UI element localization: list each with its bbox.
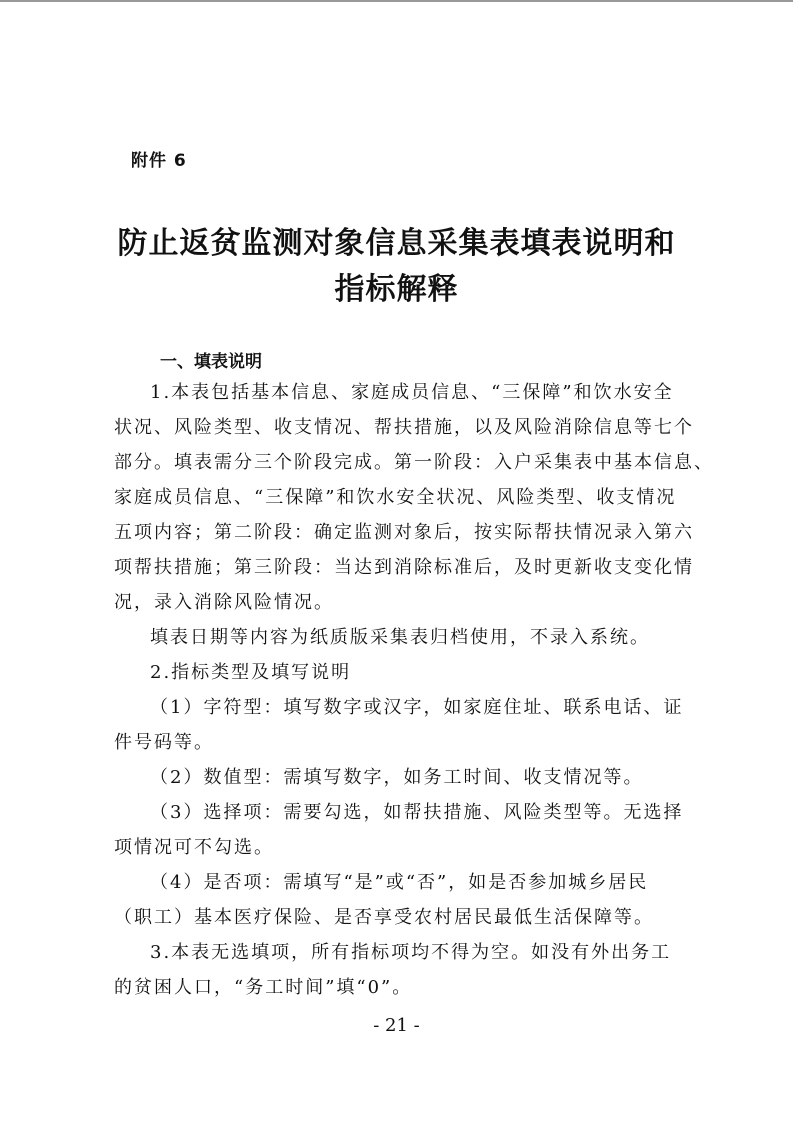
- paragraph-line: 3.本表无选填项，所有指标项均不得为空。如没有外出务工: [114, 935, 674, 970]
- paragraph-line: 部分。填表需分三个阶段完成。第一阶段：入户采集表中基本信息、: [114, 445, 674, 480]
- item-2-numeric-type: （2）数值型：需填写数字，如务工时间、收支情况等。: [114, 760, 674, 795]
- section-heading-fill-instructions: 一、填表说明: [160, 347, 262, 372]
- paragraph-line: （1）字符型：填写数字或汉字，如家庭住址、联系电话、证: [114, 690, 674, 725]
- item-4-yes-no-type: （4）是否项：需填写“是”或“否”，如是否参加城乡居民 （职工）基本医疗保险、是…: [114, 865, 674, 935]
- paragraph-line: （职工）基本医疗保险、是否享受农村居民最低生活保障等。: [114, 900, 674, 935]
- paragraph-line: 填表日期等内容为纸质版采集表归档使用，不录入系统。: [114, 620, 674, 655]
- item-3-selection-type: （3）选择项：需要勾选，如帮扶措施、风险类型等。无选择 项情况可不勾选。: [114, 795, 674, 865]
- paragraph-3-heading: 2.指标类型及填写说明: [114, 655, 674, 690]
- paragraph-4: 3.本表无选填项，所有指标项均不得为空。如没有外出务工 的贫困人口，“务工时间”…: [114, 935, 674, 1005]
- paragraph-line: 的贫困人口，“务工时间”填“0”。: [114, 970, 674, 1005]
- paragraph-line: （2）数值型：需填写数字，如务工时间、收支情况等。: [114, 760, 674, 795]
- page-top-border: [0, 0, 793, 2]
- paragraph-line: 家庭成员信息、“三保障”和饮水安全状况、风险类型、收支情况: [114, 480, 674, 515]
- paragraph-line: （4）是否项：需填写“是”或“否”，如是否参加城乡居民: [114, 865, 674, 900]
- paragraph-2: 填表日期等内容为纸质版采集表归档使用，不录入系统。: [114, 620, 674, 655]
- document-title-line1: 防止返贫监测对象信息采集表填表说明和: [0, 218, 793, 262]
- item-1-character-type: （1）字符型：填写数字或汉字，如家庭住址、联系电话、证 件号码等。: [114, 690, 674, 760]
- paragraph-1: 1.本表包括基本信息、家庭成员信息、“三保障”和饮水安全 状况、风险类型、收支情…: [114, 375, 674, 620]
- paragraph-line: 况，录入消除风险情况。: [114, 585, 674, 620]
- paragraph-line: 项帮扶措施；第三阶段：当达到消除标准后，及时更新收支变化情: [114, 550, 674, 585]
- paragraph-line: 状况、风险类型、收支情况、帮扶措施，以及风险消除信息等七个: [114, 410, 674, 445]
- paragraph-line: （3）选择项：需要勾选，如帮扶措施、风险类型等。无选择: [114, 795, 674, 830]
- paragraph-line: 2.指标类型及填写说明: [114, 655, 674, 690]
- paragraph-line: 1.本表包括基本信息、家庭成员信息、“三保障”和饮水安全: [114, 375, 674, 410]
- attachment-label: 附件 6: [131, 146, 187, 171]
- document-title-line2: 指标解释: [0, 264, 793, 308]
- paragraph-line: 五项内容；第二阶段：确定监测对象后，按实际帮扶情况录入第六: [114, 515, 674, 550]
- page-number: - 21 -: [0, 1015, 793, 1036]
- paragraph-line: 项情况可不勾选。: [114, 830, 674, 865]
- paragraph-line: 件号码等。: [114, 725, 674, 760]
